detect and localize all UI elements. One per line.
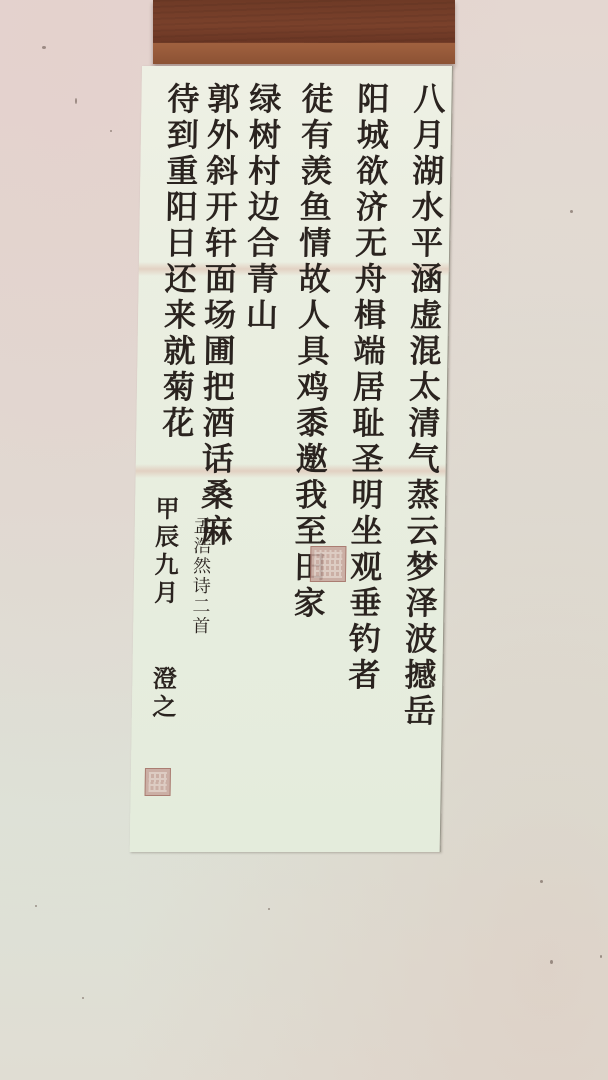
wood-grain [153, 0, 455, 43]
calligraphy-column-3: 徒有羡鱼情故人具鸡黍邀我至田家 [289, 82, 333, 622]
wall-speck [82, 997, 84, 999]
wall-speck [550, 960, 553, 964]
inscription-title: 孟浩然诗二首 [189, 516, 211, 636]
signature-seal [145, 768, 171, 796]
calligraphy-column-4: 绿树村边合青山 [242, 82, 282, 334]
wood-front-edge [153, 43, 455, 64]
wall-speck [570, 210, 573, 213]
calligraphy-column-6: 待到重阳日还来就菊花 [158, 82, 200, 442]
wall-speck [268, 908, 270, 910]
signature: 澄之 [148, 666, 177, 722]
inscription-date: 甲辰九月 [149, 496, 179, 608]
wall-speck [35, 905, 37, 907]
wall-speck [600, 955, 602, 958]
wall-speck [42, 46, 46, 49]
middle-seal [310, 546, 347, 582]
wooden-scroll-rod [153, 0, 455, 64]
calligraphy-column-5: 郭外斜开轩面场圃把酒话桑麻 [196, 82, 239, 550]
calligraphy-column-2: 阳城欲济无舟楫端居耻圣明坐观垂钓者 [344, 82, 390, 694]
wall-speck [540, 880, 543, 883]
calligraphy-paper: 八月湖水平涵虚混太清气蒸云梦泽波撼岳 阳城欲济无舟楫端居耻圣明坐观垂钓者 徒有羡… [130, 66, 453, 852]
calligraphy-column-1: 八月湖水平涵虚混太清气蒸云梦泽波撼岳 [400, 82, 446, 730]
wall-speck [110, 130, 112, 132]
wall-speck [75, 98, 77, 104]
